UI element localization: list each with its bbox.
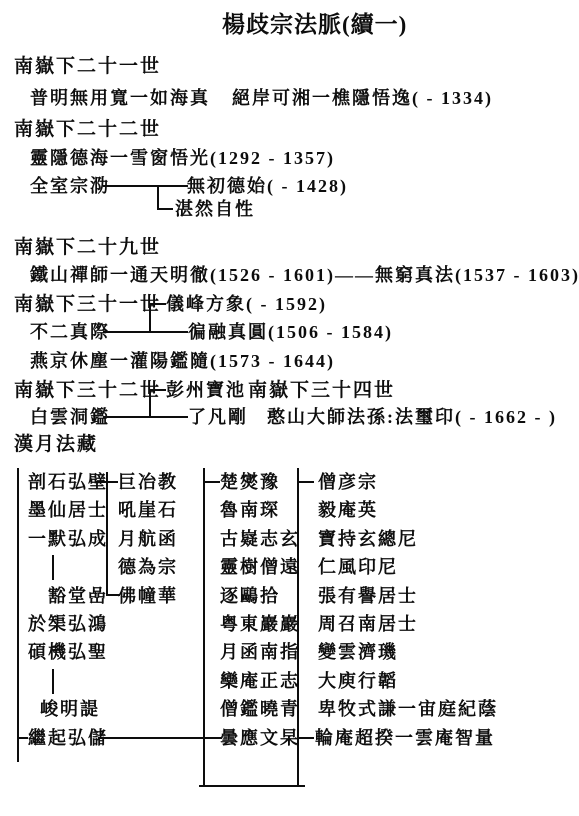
connector-line (103, 416, 188, 418)
tree-item: 豁堂嵒 (48, 586, 108, 607)
tree-item: 魯南琛 (220, 500, 280, 521)
lineage-chart-page: 楊歧宗法脈(續一) 南嶽下二十一世 普明無用寬一如海真 絕岸可湘一樵隱悟逸( -… (0, 0, 579, 816)
generation-header-31: 南嶽下三十一世 (14, 294, 161, 315)
tree-item: 月航函 (118, 529, 178, 550)
generation-header-32: 南嶽下三十二世 (14, 380, 161, 401)
tree-item: 曇應文杲 (220, 728, 300, 749)
connector-line (299, 481, 314, 483)
tree-item: 於榘弘鴻 (28, 614, 108, 635)
tree-item: 僧鑑曉青 (220, 699, 300, 720)
tree-item: 碩機弘聖 (28, 642, 108, 663)
tree-item: 輪庵超揆一雲庵智量 (315, 728, 495, 749)
connector-line (103, 331, 188, 333)
connector-line (17, 737, 28, 739)
tree-item: 寶持玄總尼 (318, 529, 418, 550)
tree-item: 仁風印尼 (318, 557, 398, 578)
tree-item: 古嶷志玄 (220, 529, 300, 550)
fork-child: 了凡剛 (188, 407, 248, 428)
tree-item: 巨冶教 (118, 472, 178, 493)
tree-item: 月函南指 (220, 642, 300, 663)
connector-line (52, 669, 54, 694)
connector-line (98, 737, 222, 739)
tree-item: 大庾行韜 (318, 671, 398, 692)
lineage-entry: 絕岸可湘一樵隱悟逸( - 1334) (232, 88, 493, 109)
connector-line (299, 737, 314, 739)
tree-item: 僧彦宗 (318, 472, 378, 493)
generation-header-29: 南嶽下二十九世 (14, 237, 161, 258)
tree-item: 墨仙居士 (28, 500, 108, 521)
tree-item: 粤東巖巖 (220, 614, 300, 635)
generation-header-34: 南嶽下三十四世 (248, 380, 395, 401)
lineage-entry: 鐵山禪師一通天明徹(1526 - 1601)——無窮真法(1537 - 1603… (30, 265, 579, 286)
tree-item: 毅庵英 (318, 500, 378, 521)
section-header-hanyue: 漢月法藏 (14, 434, 98, 455)
tree-item: 卑牧式謙一宙庭紀蔭 (318, 699, 498, 720)
lineage-entry: 普明無用寬一如海真 (30, 88, 210, 109)
fork-parent: 全室宗泐 (30, 176, 110, 197)
bottom-rule (199, 785, 305, 787)
fork-child: 彭州寶池 (166, 380, 246, 401)
tree-item: 一默弘成 (28, 529, 108, 550)
connector-line (149, 391, 151, 418)
tree-item: 佛幢華 (118, 586, 178, 607)
connector-line (149, 389, 166, 391)
generation-header-21: 南嶽下二十一世 (14, 56, 161, 77)
tree-item: 峻明諟 (40, 699, 100, 720)
fork-parent: 不二真際 (30, 322, 110, 343)
fork-child: 徧融真圓(1506 - 1584) (188, 322, 393, 343)
tree-item: 逐鷗拾 (220, 586, 280, 607)
lineage-note: 憨山大師法孫:法璽印( - 1662 - ) (267, 407, 557, 428)
tree-item: 剖石弘壁 (28, 472, 108, 493)
connector-line (52, 555, 54, 580)
tree-item: 欒庵正志 (220, 671, 300, 692)
connector-line (149, 303, 166, 305)
page-title: 楊歧宗法脈(續一) (222, 14, 407, 35)
tree-item: 楚爕豫 (220, 472, 280, 493)
lineage-entry: 燕京休塵一灌陽鑑隨(1573 - 1644) (30, 351, 335, 372)
connector-line (149, 305, 151, 333)
connector-line (205, 481, 220, 483)
fork-parent: 白雲洞鑑 (30, 407, 110, 428)
tree-item: 靈樹僧遠 (220, 557, 300, 578)
lineage-entry: 靈隱德海一雪窗悟光(1292 - 1357) (30, 148, 335, 169)
tree-item: 德為宗 (118, 557, 178, 578)
generation-header-22: 南嶽下二十二世 (14, 119, 161, 140)
tree-item: 繼起弘儲 (28, 728, 108, 749)
connector-line (157, 187, 159, 210)
tree-item: 吼崖石 (118, 500, 178, 521)
tree-item: 變雲濟璣 (318, 642, 398, 663)
connector-line (157, 208, 173, 210)
fork-child: 湛然自性 (175, 199, 255, 220)
fork-child: 儀峰方象( - 1592) (166, 294, 327, 315)
tree-item: 張有譽居士 (318, 586, 418, 607)
tree-item: 周召南居士 (318, 614, 418, 635)
fork-child: 無初德始( - 1428) (187, 176, 348, 197)
connector-line (103, 185, 188, 187)
vertical-rule-col1 (17, 468, 19, 762)
